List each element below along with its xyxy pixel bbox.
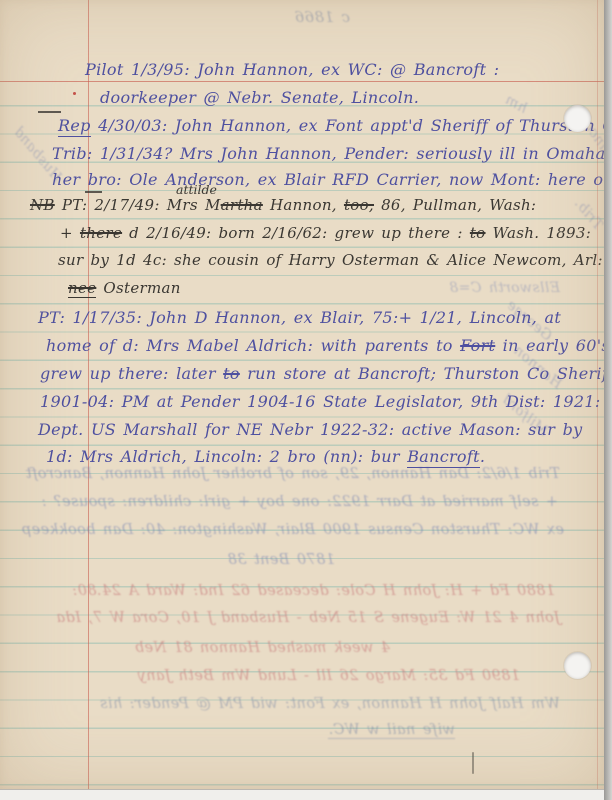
bleedthrough-pencil-note: c 1866	[294, 8, 350, 26]
underlined-word: Bancroft	[407, 447, 480, 468]
note-text: grew up there: later	[40, 364, 216, 383]
note-text: 4/30/03: John Hannon, ex Font appt'd She…	[98, 116, 612, 135]
struck-word: to	[223, 364, 240, 383]
note-text: home of d: Mrs Mabel Aldrich: with paren…	[46, 336, 453, 355]
note-text: PT: 2/17/49: Mrs M	[62, 196, 221, 214]
note-line-marshall: Dept. US Marshall for NE Nebr 1922-32: a…	[38, 420, 583, 439]
note-text: .	[480, 447, 485, 466]
hole-punch-top	[564, 105, 591, 132]
note-line-pt49: NB PT: 2/17/49: Mrs Martha Hannon, too, …	[30, 196, 536, 214]
note-text: Hannon,	[270, 196, 337, 214]
note-text: in early 60's:	[503, 336, 612, 355]
note-line-home: home of d: Mrs Mabel Aldrich: with paren…	[46, 336, 612, 355]
inserted-word: attilde	[176, 182, 217, 197]
red-dot-mark	[73, 92, 76, 95]
underlined-word: Rep	[58, 116, 91, 137]
note-line-nee: nee Osterman	[68, 279, 181, 297]
struck-word: Fort	[460, 336, 495, 355]
note-line-doorkeeper: doorkeeper @ Nebr. Senate, Lincoln.	[100, 88, 419, 107]
note-text: Wash. 1893:	[493, 224, 591, 242]
note-line-rep: Rep 4/30/03: John Hannon, ex Font appt'd…	[58, 116, 612, 135]
hole-punch-bottom	[564, 652, 591, 679]
stray-dash-mark	[38, 111, 61, 113]
struck-word: there	[80, 224, 122, 242]
stray-pen-mark	[472, 752, 474, 774]
note-line-born: + there d 2/16/49: born 2/16/62: grew up…	[60, 224, 591, 242]
scanned-page: c 1866 Trib 1/6/2: Dan Hannon, 29, son o…	[0, 0, 612, 800]
struck-word: to	[470, 224, 486, 242]
struck-underlined-word: nee	[68, 279, 96, 298]
struck-word: NB	[30, 196, 55, 214]
scan-edge-right	[604, 0, 612, 800]
note-line-burial: 1d: Mrs Aldrich, Lincoln: 2 bro (nn): bu…	[46, 447, 485, 466]
note-text: Osterman	[103, 279, 180, 297]
note-line-grewup: grew up there: later to run store at Ban…	[40, 364, 612, 383]
struck-word: artha	[221, 196, 263, 214]
note-line-pilot: Pilot 1/3/95: John Hannon, ex WC: @ Banc…	[85, 60, 499, 79]
note-line-surby: sur by 1d 4c: she cousin of Harry Osterm…	[58, 251, 603, 269]
note-text: d 2/16/49: born 2/16/62: grew up there :	[129, 224, 463, 242]
note-line-pt35: PT: 1/17/35: John D Hannon, ex Blair, 75…	[38, 308, 561, 327]
header-rule-red	[0, 81, 604, 82]
note-line-trib: Trib: 1/31/34? Mrs John Hannon, Pender: …	[52, 144, 612, 163]
overbar-mark	[85, 191, 102, 193]
note-text: 86, Pullman, Wash:	[381, 196, 536, 214]
note-text: 1d: Mrs Aldrich, Lincoln: 2 bro (nn): bu…	[46, 447, 400, 466]
paper: c 1866 Trib 1/6/2: Dan Hannon, 29, son o…	[0, 0, 604, 789]
scan-edge-bottom	[0, 789, 604, 800]
note-line-herbro: her bro: Ole Anderson, ex Blair RFD Carr…	[52, 170, 612, 189]
note-text: run store at Bancroft; Thurston Co Sheri…	[247, 364, 612, 383]
note-text: +	[60, 224, 73, 242]
note-line-sheriff: 1901-04: PM at Pender 1904-16 State Legi…	[40, 392, 601, 411]
struck-word: too,	[344, 196, 374, 214]
